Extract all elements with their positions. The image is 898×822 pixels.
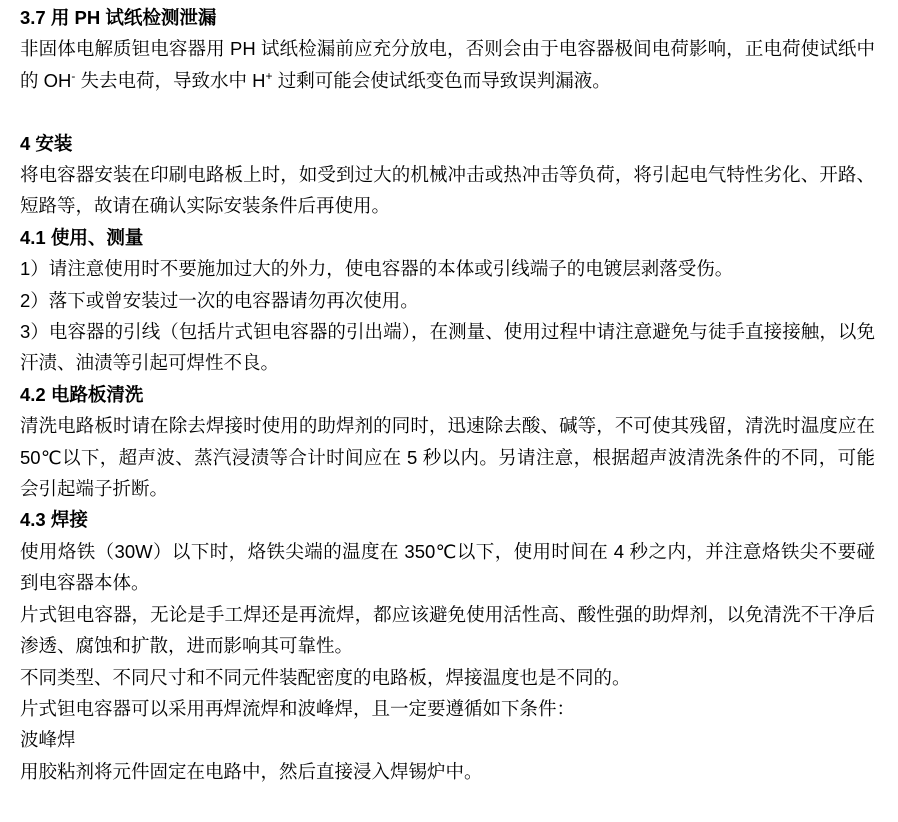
section-heading: 3.7 用 PH 试纸检测泄漏	[20, 2, 875, 33]
blank-line	[20, 96, 875, 127]
paragraph: 3）电容器的引线（包括片式钽电容器的引出端），在测量、使用过程中请注意避免与徒手…	[20, 316, 875, 379]
paragraph: 用胶粘剂将元件固定在电路中，然后直接浸入焊锡炉中。	[20, 756, 875, 787]
paragraph: 片式钽电容器，无论是手工焊还是再流焊，都应该避免使用活性高、酸性强的助焊剂，以免…	[20, 599, 875, 662]
superscript: +	[266, 69, 273, 83]
paragraph: 清洗电路板时请在除去焊接时使用的助焊剂的同时，迅速除去酸、碱等，不可使其残留，清…	[20, 410, 875, 504]
paragraph: 非固体电解质钽电容器用 PH 试纸检漏前应充分放电，否则会由于电容器极间电荷影响…	[20, 33, 875, 96]
paragraph: 将电容器安装在印刷电路板上时，如受到过大的机械冲击或热冲击等负荷，将引起电气特性…	[20, 159, 875, 222]
document-page: 3.7 用 PH 试纸检测泄漏非固体电解质钽电容器用 PH 试纸检漏前应充分放电…	[0, 0, 898, 822]
paragraph: 使用烙铁（30W）以下时，烙铁尖端的温度在 350℃以下，使用时间在 4 秒之内…	[20, 536, 875, 599]
paragraph: 波峰焊	[20, 724, 875, 755]
superscript: -	[71, 69, 75, 83]
section-heading: 4.3 焊接	[20, 504, 875, 535]
paragraph: 片式钽电容器可以采用再焊流焊和波峰焊，且一定要遵循如下条件：	[20, 693, 875, 724]
paragraph: 2）落下或曾安装过一次的电容器请勿再次使用。	[20, 285, 875, 316]
section-heading: 4.2 电路板清洗	[20, 379, 875, 410]
paragraph: 1）请注意使用时不要施加过大的外力，使电容器的本体或引线端子的电镀层剥落受伤。	[20, 253, 875, 284]
document-body: 3.7 用 PH 试纸检测泄漏非固体电解质钽电容器用 PH 试纸检漏前应充分放电…	[20, 2, 875, 787]
section-heading: 4.1 使用、测量	[20, 222, 875, 253]
paragraph: 不同类型、不同尺寸和不同元件装配密度的电路板，焊接温度也是不同的。	[20, 662, 875, 693]
section-heading: 4 安装	[20, 128, 875, 159]
